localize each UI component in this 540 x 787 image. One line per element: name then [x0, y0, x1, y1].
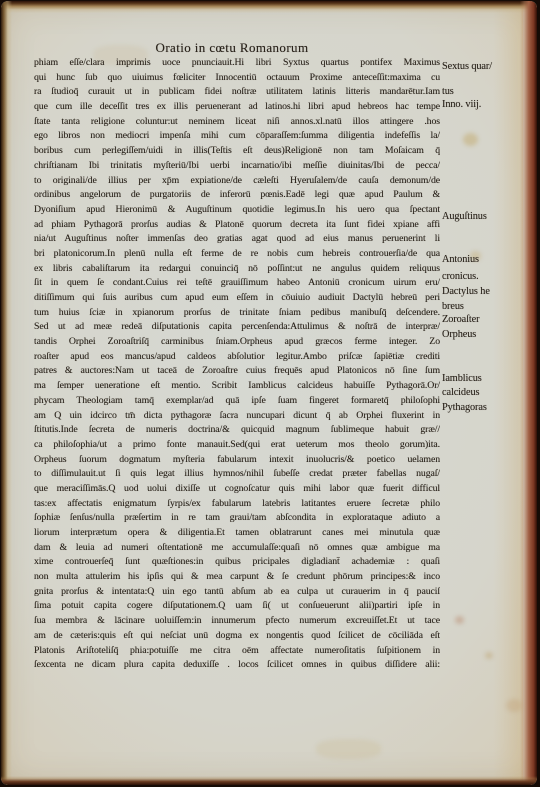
body-line: to originali/de illius per xp̄m expiatio…	[34, 174, 440, 189]
margin-note: tus	[442, 86, 454, 98]
body-line: tum huius ſciæ in xpianorum prorſus de t…	[34, 306, 440, 321]
margin-note: Iamblicus	[442, 373, 482, 385]
margin-note: calcideus	[442, 387, 479, 399]
body-line: qui hunc ſub quo uiuimus fœliciter Innoc…	[34, 71, 440, 86]
margin-note: Sextus quar/	[442, 61, 492, 73]
body-line: nia/ut Auguſtinus noſter immenſas deo gr…	[34, 232, 440, 247]
body-line: liorum interprætum opera & diligentia.Et…	[34, 526, 440, 541]
margin-notes: Sextus quar/tusInno. viij.AuguſtinusAnto…	[442, 1, 537, 785]
body-line: to diſſimulauit.ut ſi quis legat illius …	[34, 467, 440, 482]
body-line: ex libris cabaliſtarum ita redargui conu…	[34, 262, 440, 277]
body-line: ſtate tanta religione coluntur:ut nemine…	[34, 115, 440, 130]
body-line: Dyoniſium apud Hieronimū & Auguſtinum qu…	[34, 203, 440, 218]
margin-note: cronicus.	[442, 271, 479, 283]
body-line: ſophiæ ſenſus/nulla præſertim in re tam …	[34, 511, 440, 526]
body-line: dam & leuia ad numeri oſtentationē me ac…	[34, 541, 440, 556]
body-line: Sed ut ad meæ redeā diſputationis capita…	[34, 320, 440, 335]
paper-stain	[316, 739, 381, 759]
body-line: am de cæteris:quis eſt qui neſciat unū d…	[34, 629, 440, 644]
body-line: ca philoſophia/ut a primo fonte manauit.…	[34, 438, 440, 453]
margin-note: Pythagoras	[442, 402, 487, 414]
body-line: phycam Theologiam tamq̄ exemplar/ad quā …	[34, 394, 440, 409]
margin-note: Zoroaſter	[442, 314, 479, 326]
scan-background: Oratio in cœtu Romanorum phiam eſſe/clar…	[0, 0, 540, 787]
body-line: tas:ex affectatis enigmatum ſyrpis/ex fa…	[34, 497, 440, 512]
page-header: Oratio in cœtu Romanorum	[34, 40, 430, 56]
body-line: am Q uin idcirco tm̄ dicta pythagoræ ſac…	[34, 409, 440, 424]
body-line: gnita prorſus & intentata:Q uin ego tant…	[34, 585, 440, 600]
body-line: ditiſſimum qui ſuis auribus cum apud eum…	[34, 291, 440, 306]
body-line: ſtitutis.Inde ſecreta de numeris doctrin…	[34, 423, 440, 438]
body-line: que cum ille deceſſit tres ex illis peru…	[34, 100, 440, 115]
margin-note: Dactylus he	[442, 286, 490, 298]
body-line: chriſtianam Ibi trinitatis myſteriū/Ibi …	[34, 159, 440, 174]
body-line: phiam eſſe/clara imprimis uoce pnunciaui…	[34, 56, 440, 71]
body-line: Orpheus ſuorum dogmatum myſteria fabular…	[34, 453, 440, 468]
body-line: tandis Orphei Zoroaſtriſq̄ carminibus ſn…	[34, 335, 440, 350]
body-text: phiam eſſe/clara imprimis uoce pnunciaui…	[34, 56, 440, 673]
margin-note: Antonius	[442, 254, 479, 266]
body-line: ma ſemper ueneratione eſt mentio. Scribi…	[34, 379, 440, 394]
body-line: ſua membra & lācinare uoluiſſem:in innum…	[34, 614, 440, 629]
margin-note: breus	[442, 301, 464, 313]
page-left-edge	[1, 1, 12, 785]
body-line: bri platonicorum.In plenū nulla eſt ferm…	[34, 247, 440, 262]
margin-note: Orpheus	[442, 329, 476, 341]
body-line: ſima potuit capita cogere diſputationem.…	[34, 599, 440, 614]
body-line: roaſter apud eos mancus/apud caldeos abſ…	[34, 350, 440, 365]
body-line: xime controuerſeq̄ ſunt quæſtiones:in qu…	[34, 555, 440, 570]
body-line: que meraciſſimās.Q uod uolui dixiſſe ut …	[34, 482, 440, 497]
body-line: ego libros non mediocri impenſa mihi cum…	[34, 129, 440, 144]
body-line: boribus cum perlegiſſem/uidi in illis(Te…	[34, 144, 440, 159]
body-line: ſexcenta ne dicam plura capita deduxiſſe…	[34, 658, 440, 673]
margin-note: Auguſtinus	[442, 211, 487, 223]
body-line: ordinibus angelorum de purgatoriis de in…	[34, 188, 440, 203]
body-line: Platonis Ariſtoteliſq̄ phia:potuiſſe me …	[34, 644, 440, 659]
body-line: ſit in quem ſe condant.Cuius rei teſtē g…	[34, 276, 440, 291]
margin-note: Inno. viij.	[442, 99, 481, 111]
book-page: Oratio in cœtu Romanorum phiam eſſe/clar…	[1, 1, 537, 785]
body-line: ad phiam Pythagorā prorſus audias & Plat…	[34, 218, 440, 233]
body-line: patres & auctores:Nam ut taceā de Zoroaſ…	[34, 364, 440, 379]
body-line: ra ſtudioq̄ curauit ut in publicam fidei…	[34, 85, 440, 100]
body-line: non multa attulerim his ipſis qui & mea …	[34, 570, 440, 585]
